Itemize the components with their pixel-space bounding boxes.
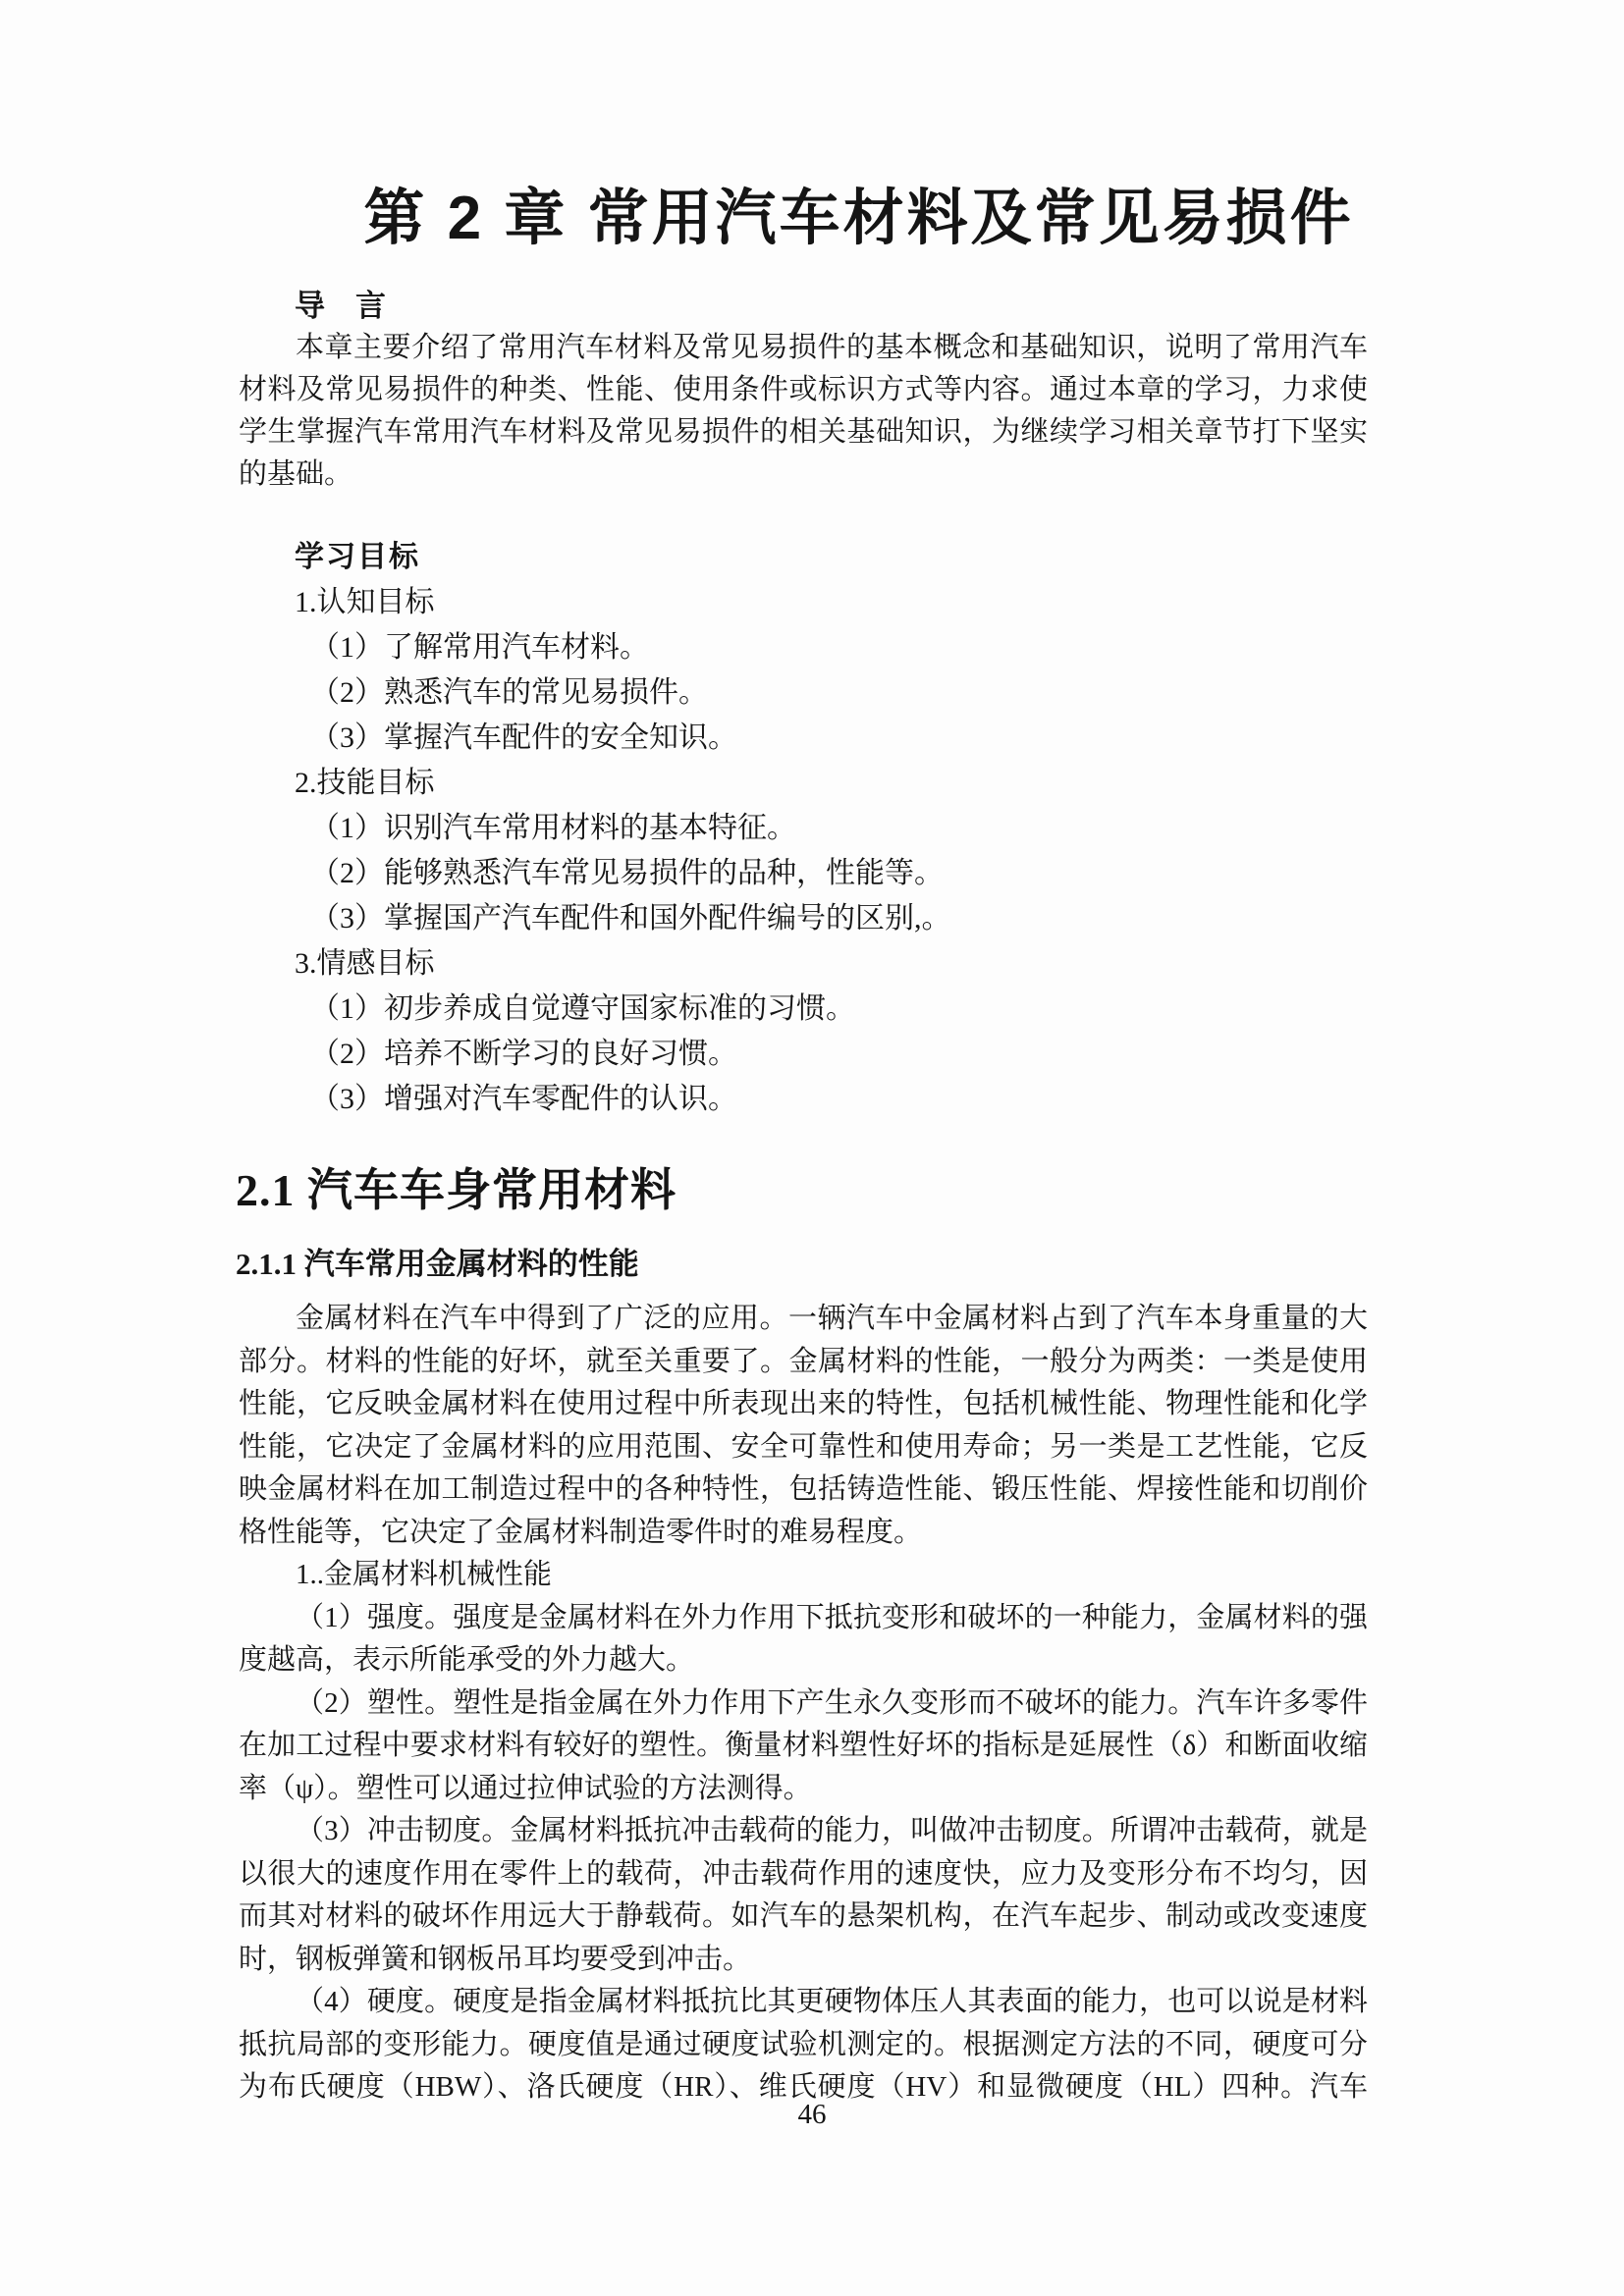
body-line: 度越高，表示所能承受的外力越大。 [239, 1639, 1368, 1682]
list-item: （3）掌握国产汽车配件和国外配件编号的区别,。 [295, 896, 951, 941]
intro-line: 本章主要介绍了常用汽车材料及常见易损件的基本概念和基础知识，说明了常用汽车 [239, 327, 1368, 369]
document-page: 第 2 章 常用汽车材料及常见易损件 导 言 本章主要介绍了常用汽车材料及常见易… [0, 0, 1624, 2296]
list-item: （2）熟悉汽车的常见易损件。 [295, 670, 951, 716]
body-line: 时，钢板弹簧和钢板吊耳均要受到冲击。 [239, 1939, 1368, 1982]
body-line: （4）硬度。硬度是指金属材料抵抗比其更硬物体压人其表面的能力，也可以说是材料 [239, 1981, 1368, 2024]
list-item: 2.技能目标 [295, 761, 951, 806]
objectives-heading: 学习目标 [295, 535, 951, 580]
list-item: （3）增强对汽车零配件的认识。 [295, 1077, 951, 1122]
section-heading: 2.1 汽车车身常用材料 [236, 1154, 677, 1219]
list-item: （1）识别汽车常用材料的基本特征。 [295, 806, 951, 851]
body-line: 而其对材料的破坏作用远大于静载荷。如汽车的悬架机构，在汽车起步、制动或改变速度 [239, 1896, 1368, 1939]
body-line: （3）冲击韧度。金属材料抵抗冲击载荷的能力，叫做冲击韧度。所谓冲击载荷，就是 [239, 1810, 1368, 1853]
body-line: 在加工过程中要求材料有较好的塑性。衡量材料塑性好坏的指标是延展性（δ）和断面收缩 [239, 1725, 1368, 1768]
intro-line: 的基础。 [239, 454, 1368, 496]
page-number: 46 [0, 2099, 1624, 2131]
list-item: （2）培养不断学习的良好习惯。 [295, 1032, 951, 1077]
body-line: （2）塑性。塑性是指金属在外力作用下产生永久变形而不破坏的能力。汽车许多零件 [239, 1682, 1368, 1726]
list-item: （1）初步养成自觉遵守国家标准的习惯。 [295, 987, 951, 1032]
chapter-title: 第 2 章 常用汽车材料及常见易损件 [0, 169, 1624, 256]
list-item: （3）掌握汽车配件的安全知识。 [295, 716, 951, 761]
subsection-heading: 2.1.1 汽车常用金属材料的性能 [236, 1239, 639, 1283]
list-item: 1.认知目标 [295, 580, 951, 625]
list-item: 3.情感目标 [295, 941, 951, 987]
intro-line: 材料及常见易损件的种类、性能、使用条件或标识方式等内容。通过本章的学习，力求使 [239, 369, 1368, 411]
intro-paragraph: 本章主要介绍了常用汽车材料及常见易损件的基本概念和基础知识，说明了常用汽车 材料… [239, 327, 1368, 496]
intro-line: 学生掌握汽车常用汽车材料及常见易损件的相关基础知识，为继续学习相关章节打下坚实 [239, 411, 1368, 454]
list-item: （2）能够熟悉汽车常见易损件的品种，性能等。 [295, 851, 951, 896]
learning-objectives: 学习目标 1.认知目标 （1）了解常用汽车材料。 （2）熟悉汽车的常见易损件。 … [295, 535, 951, 1122]
body-line: 性能，它反映金属材料在使用过程中所表现出来的特性，包括机械性能、物理性能和化学 [239, 1383, 1368, 1426]
body-line: 抵抗局部的变形能力。硬度值是通过硬度试验机测定的。根据测定方法的不同，硬度可分 [239, 2024, 1368, 2067]
body-line: 格性能等，它决定了金属材料制造零件时的难易程度。 [239, 1512, 1368, 1555]
body-line: 性能，它决定了金属材料的应用范围、安全可靠性和使用寿命；另一类是工艺性能，它反 [239, 1426, 1368, 1469]
intro-heading: 导 言 [295, 281, 386, 325]
body-line: （1）强度。强度是金属材料在外力作用下抵抗变形和破坏的一种能力，金属材料的强 [239, 1597, 1368, 1640]
body-line: 率（ψ）。塑性可以通过拉伸试验的方法测得。 [239, 1768, 1368, 1811]
body-list-heading: 1..金属材料机械性能 [239, 1554, 1368, 1597]
body-line: 以很大的速度作用在零件上的载荷，冲击载荷作用的速度快，应力及变形分布不均匀，因 [239, 1853, 1368, 1896]
body-line: 部分。材料的性能的好坏，就至关重要了。金属材料的性能，一般分为两类：一类是使用 [239, 1341, 1368, 1384]
section-body: 金属材料在汽车中得到了广泛的应用。一辆汽车中金属材料占到了汽车本身重量的大 部分… [239, 1298, 1368, 2109]
body-line: 金属材料在汽车中得到了广泛的应用。一辆汽车中金属材料占到了汽车本身重量的大 [239, 1298, 1368, 1341]
list-item: （1）了解常用汽车材料。 [295, 625, 951, 670]
body-line: 映金属材料在加工制造过程中的各种特性，包括铸造性能、锻压性能、焊接性能和切削价 [239, 1468, 1368, 1512]
